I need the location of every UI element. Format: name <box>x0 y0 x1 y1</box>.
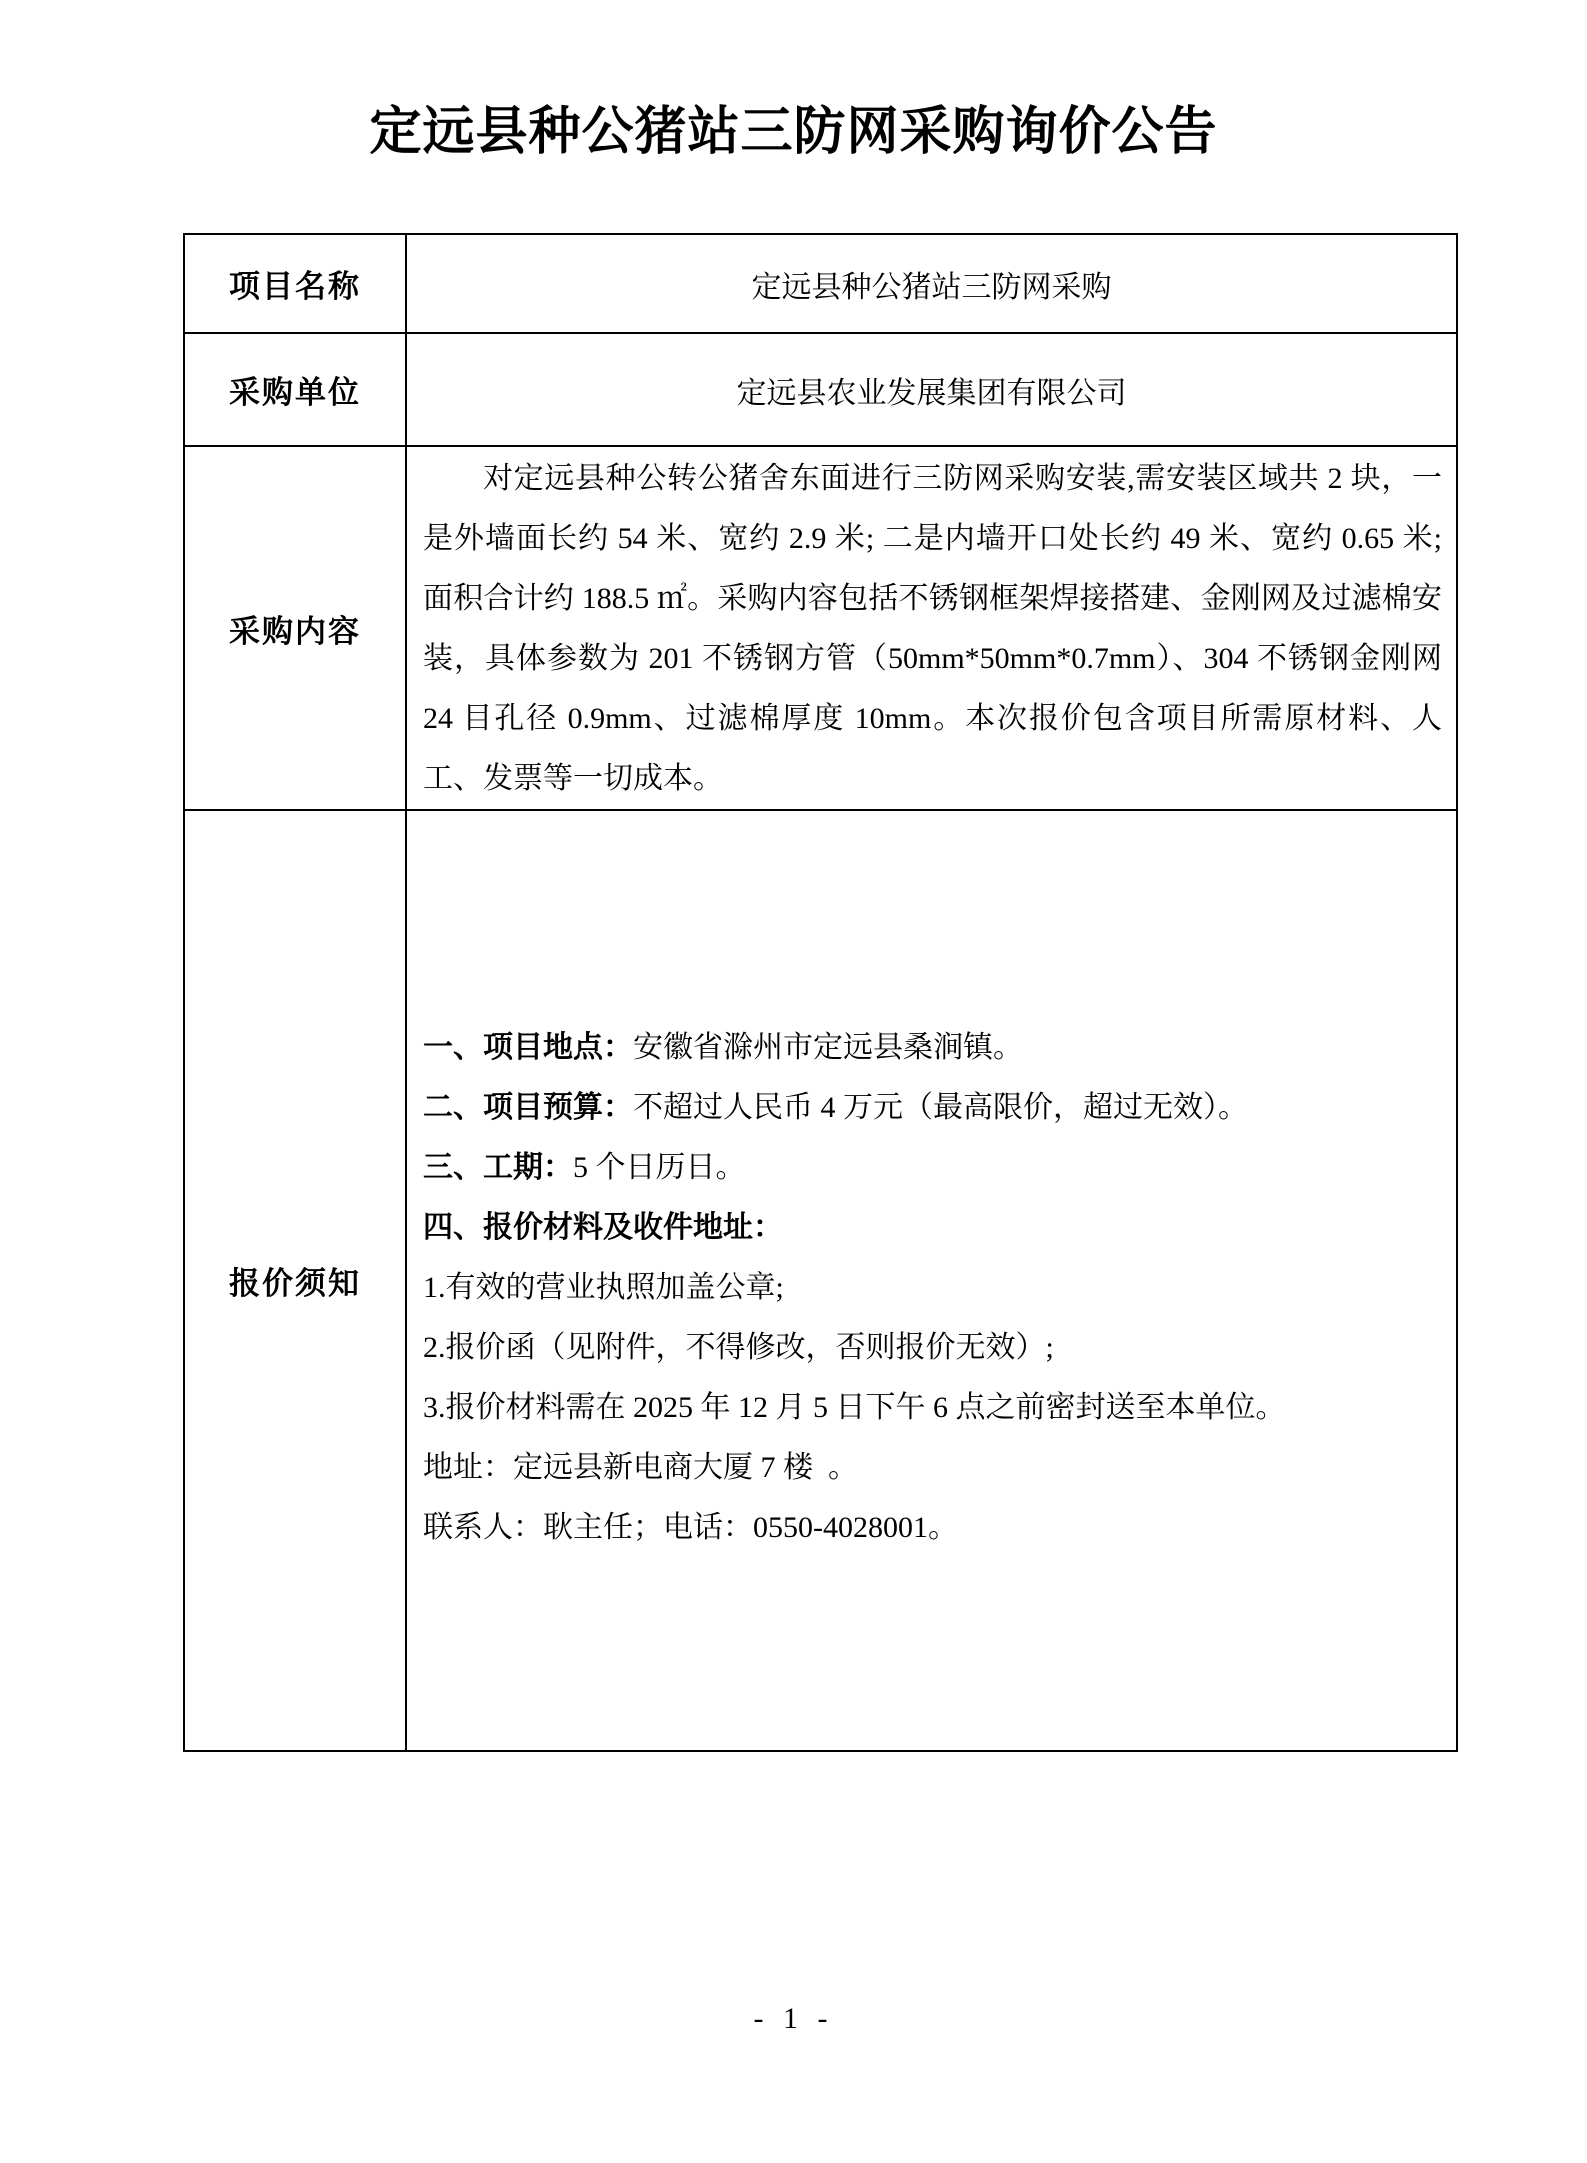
notice-item-address: 地址：定远县新电商大厦 7 楼 。 <box>423 1438 1442 1498</box>
info-table: 项目名称 定远县种公猪站三防网采购 采购单位 定远县农业发展集团有限公司 采购内… <box>183 233 1458 1752</box>
row-value-project-name: 定远县种公猪站三防网采购 <box>406 234 1457 333</box>
notice-item-duration: 三、工期：5 个日历日。 <box>423 1138 1442 1198</box>
notice-item-materials-heading: 四、报价材料及收件地址： <box>423 1198 1442 1258</box>
table-row: 采购内容 对定远县种公转公猪舍东面进行三防网采购安装,需安装区域共 2 块，一是… <box>184 446 1457 810</box>
purchase-content-paragraph: 对定远县种公转公猪舍东面进行三防网采购安装,需安装区域共 2 块，一是外墙面长约… <box>423 449 1442 809</box>
notice-item-contact: 联系人：耿主任；电话：0550-4028001。 <box>423 1498 1442 1558</box>
notice-item-location: 一、项目地点：安徽省滁州市定远县桑涧镇。 <box>423 1018 1442 1078</box>
notice-item-license: 1.有效的营业执照加盖公章; <box>423 1258 1442 1318</box>
row-label-quotation-notice: 报价须知 <box>184 810 406 1751</box>
table-row: 项目名称 定远县种公猪站三防网采购 <box>184 234 1457 333</box>
notice-item-budget: 二、项目预算：不超过人民币 4 万元（最高限价，超过无效）。 <box>423 1078 1442 1138</box>
row-value-purchase-content: 对定远县种公转公猪舍东面进行三防网采购安装,需安装区域共 2 块，一是外墙面长约… <box>406 446 1457 810</box>
table-row: 报价须知 一、项目地点：安徽省滁州市定远县桑涧镇。 二、项目预算：不超过人民币 … <box>184 810 1457 1751</box>
row-label-purchase-content: 采购内容 <box>184 446 406 810</box>
document-page: 定远县种公猪站三防网采购询价公告 项目名称 定远县种公猪站三防网采购 采购单位 … <box>0 0 1587 2163</box>
row-label-purchasing-unit: 采购单位 <box>184 333 406 446</box>
page-number: - 1 - <box>0 2002 1587 2036</box>
row-value-quotation-notice: 一、项目地点：安徽省滁州市定远县桑涧镇。 二、项目预算：不超过人民币 4 万元（… <box>406 810 1457 1751</box>
row-label-project-name: 项目名称 <box>184 234 406 333</box>
notice-item-quotation-letter: 2.报价函（见附件，不得修改，否则报价无效）; <box>423 1318 1442 1378</box>
table-row: 采购单位 定远县农业发展集团有限公司 <box>184 333 1457 446</box>
notice-item-deadline: 3.报价材料需在 2025 年 12 月 5 日下午 6 点之前密封送至本单位。 <box>423 1378 1442 1438</box>
document-title: 定远县种公猪站三防网采购询价公告 <box>0 96 1587 168</box>
row-value-purchasing-unit: 定远县农业发展集团有限公司 <box>406 333 1457 446</box>
